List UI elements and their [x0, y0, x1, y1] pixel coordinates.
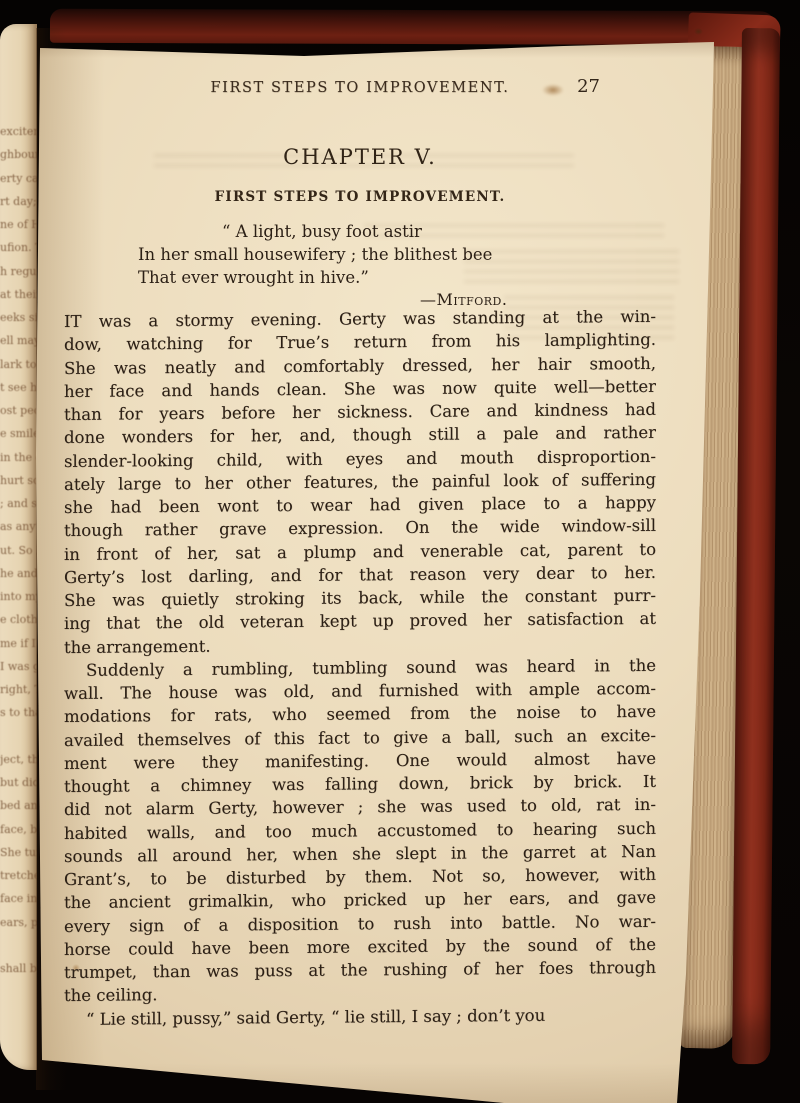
- facing-page-text-fragment: face, bru: [0, 818, 37, 841]
- facing-page-text-fragment: me if I p: [0, 632, 37, 655]
- facing-page-text-fragment: e clothes f: [0, 608, 37, 631]
- epigraph-line: In her small housewifery ; the blithest …: [138, 243, 492, 266]
- book-photo: excitemedghbour Coerty came lrt day; fer…: [0, 0, 800, 1103]
- facing-page-text-fragment: eeks since a: [0, 306, 37, 329]
- facing-page-text-fragment: [0, 725, 37, 748]
- facing-page-text-fragment: ne of Hib: [0, 213, 37, 236]
- facing-page-text-fragment: e smiles b: [0, 422, 37, 445]
- facing-page-text-fragment: right, Tru: [0, 678, 37, 701]
- section-heading: FIRST STEPS TO IMPROVEMENT.: [64, 189, 656, 205]
- facing-page-text-fragment: ears, pre: [0, 911, 37, 934]
- facing-page-text-fragment: hurt so ba: [0, 469, 37, 492]
- facing-page-text-fragment: She turn: [0, 841, 37, 864]
- facing-page-text-fragment: tretched o: [0, 864, 37, 887]
- body-text-line: “ Lie still, pussy,” said Gerty, “ lie s…: [64, 1002, 656, 1030]
- facing-page-text-fragment: ufion. To: [0, 236, 37, 259]
- facing-page-text-fragment: shall be: [0, 957, 37, 980]
- chapter-heading: CHAPTER V.: [64, 145, 656, 169]
- facing-page-text-fragment: s to that p: [0, 701, 37, 724]
- facing-page-text-fragment: ut. So I a: [0, 539, 37, 562]
- facing-page-text-fragment: at their lo: [0, 283, 37, 306]
- facing-page-text-fragment: [0, 934, 37, 957]
- facing-page-text-fragment: ; and she s: [0, 492, 37, 515]
- facing-page-text-fragment: bed and w: [0, 794, 37, 817]
- facing-page-text-fragment: as anythin: [0, 515, 37, 538]
- facing-page-text-fragment: but did n: [0, 771, 37, 794]
- book-cover-top-edge: [50, 9, 776, 46]
- facing-page-text-fragment: I was goi: [0, 655, 37, 678]
- facing-page-text-fragment: ell may I h: [0, 329, 37, 352]
- facing-page-fragments: excitemedghbour Coerty came lrt day; fer…: [0, 24, 37, 980]
- facing-page-text-fragment: lark to he; s: [0, 353, 37, 376]
- facing-page-text-fragment: into my ha: [0, 585, 37, 608]
- epigraph-line: “ A light, busy foot astir: [138, 220, 492, 243]
- facing-page-text-fragment: ghbour Co: [0, 143, 37, 166]
- facing-page-text-fragment: face in h: [0, 887, 37, 910]
- facing-page-text-fragment: excitemed: [0, 120, 37, 143]
- book-page: FIRST STEPS TO IMPROVEMENT. 27 CHAPTER V…: [34, 34, 718, 1103]
- running-head: FIRST STEPS TO IMPROVEMENT.: [64, 80, 656, 96]
- facing-page-text-fragment: ject, tha: [0, 748, 37, 771]
- epigraph: “ A light, busy foot astirIn her small h…: [138, 220, 492, 289]
- facing-page-text-fragment: h regular, u: [0, 260, 37, 283]
- body-text: IT was a stormy evening. Gerty was stand…: [64, 305, 656, 1031]
- facing-page-text-fragment: in the clo: [0, 446, 37, 469]
- facing-page-text-fragment: ost people i: [0, 399, 37, 422]
- facing-page-text-fragment: he and I b: [0, 562, 37, 585]
- facing-page-sliver: excitemedghbour Coerty came lrt day; fer…: [0, 24, 37, 1070]
- facing-page-text-fragment: rt day; fer: [0, 190, 37, 213]
- facing-page-text-fragment: t see how: [0, 376, 37, 399]
- show-through: [464, 250, 679, 290]
- epigraph-line: That ever wrought in hive.”: [138, 266, 492, 289]
- facing-page-text-fragment: erty came l: [0, 167, 37, 190]
- foxing-stain: [694, 28, 703, 35]
- page-number: 27: [577, 76, 600, 97]
